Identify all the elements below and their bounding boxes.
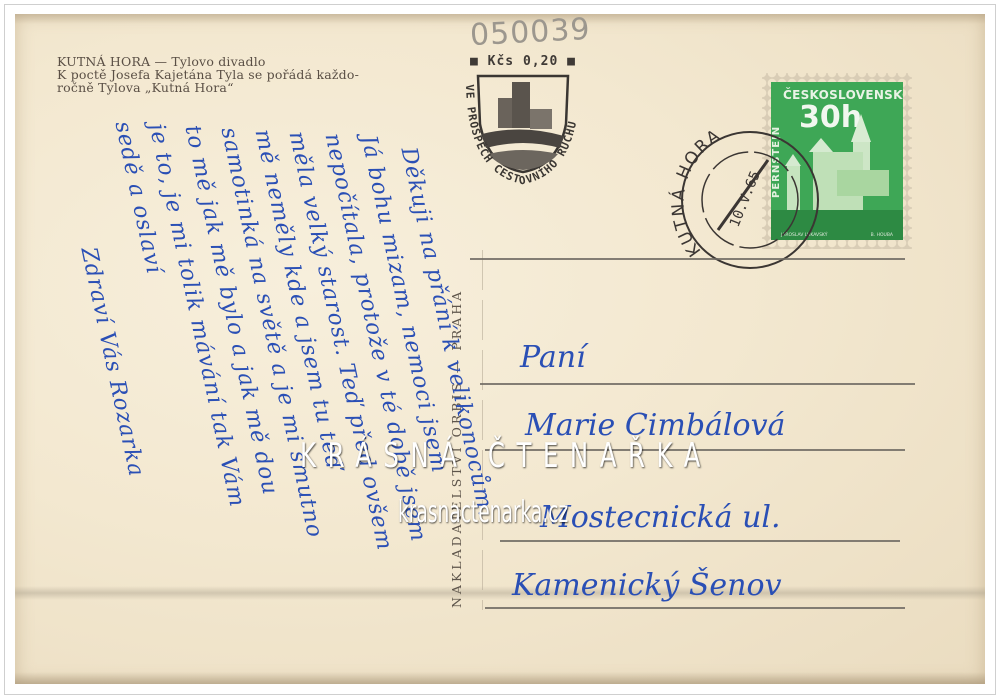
address-line [500, 540, 900, 542]
stamp-credit: B. HOUBA [871, 233, 893, 238]
letter-signature: Zdraví Vás Rozarka [76, 245, 149, 479]
svg-text:10.V.65: 10.V.65 [727, 169, 764, 230]
caption-line: ročně Tylova „Kutná Hora“ [57, 81, 359, 94]
divider [482, 250, 483, 610]
charity-stamp: ■ Kčs 0,20 ■ VE PROSPĚCH CESTOVNÍHO RUCH… [458, 54, 588, 194]
postmark: KUTNÁ HORA 10.V.65 [668, 118, 828, 278]
address-line [480, 383, 915, 385]
castle-shield-icon: VE PROSPĚCH CESTOVNÍHO RUCHU [458, 54, 588, 194]
watermark-url: krasnactenarka.cz [398, 495, 568, 530]
printed-caption: KUTNÁ HORA — Tylovo divadlo K poctě Jose… [57, 55, 359, 94]
address-line [485, 607, 905, 609]
address-street: Mostecnická ul. [540, 500, 781, 535]
address-town: Kamenický Šenov [512, 568, 782, 603]
address-salutation: Paní [520, 340, 586, 375]
address-line [470, 258, 905, 260]
handwritten-letter: Děkuji na přání k velikonocům. Já bohu m… [58, 125, 458, 685]
serial-number: 050039 [469, 12, 591, 53]
charity-price: ■ Kčs 0,20 ■ [470, 54, 576, 69]
svg-text:KUTNÁ HORA: KUTNÁ HORA [668, 125, 725, 260]
watermark-title: KRÁSNÁ ČTENAŘKA [300, 436, 712, 476]
